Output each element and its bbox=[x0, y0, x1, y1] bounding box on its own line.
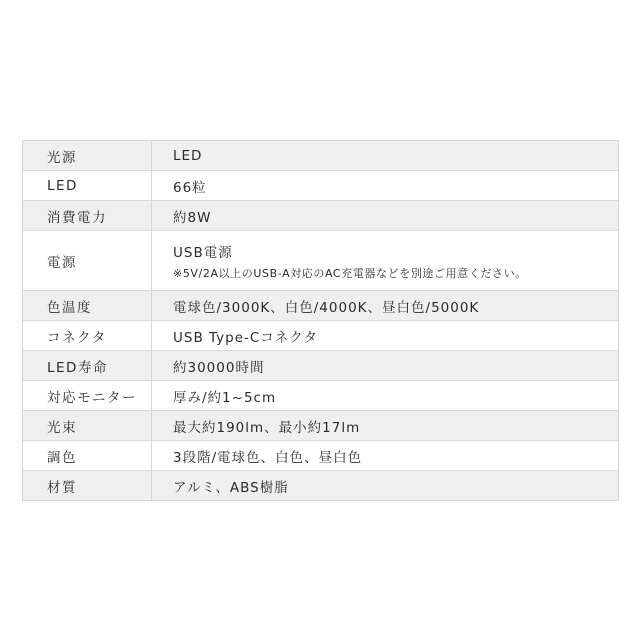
spec-value: 3段階/電球色、白色、昼白色 bbox=[152, 441, 618, 470]
spec-value-text: USB電源 bbox=[173, 241, 618, 261]
spec-label: 色温度 bbox=[23, 291, 152, 320]
spec-label: LED寿命 bbox=[23, 351, 152, 380]
spec-value-text: アルミ、ABS樹脂 bbox=[173, 476, 618, 496]
spec-value: 最大約190lm、最小約17lm bbox=[152, 411, 618, 440]
spec-value-text: 厚み/約1~5cm bbox=[173, 386, 618, 406]
spec-row-power-source: 電源 USB電源 ※5V/2A以上のUSB-A対応のAC充電器などを別途ご用意く… bbox=[23, 231, 618, 291]
spec-row-color-temperature: 色温度 電球色/3000K、白色/4000K、昼白色/5000K bbox=[23, 291, 618, 321]
spec-value: 約30000時間 bbox=[152, 351, 618, 380]
spec-label: 電源 bbox=[23, 231, 152, 290]
spec-label: 消費電力 bbox=[23, 201, 152, 230]
spec-value: 66粒 bbox=[152, 171, 618, 200]
spec-value-text: 66粒 bbox=[173, 176, 618, 196]
spec-row-material: 材質 アルミ、ABS樹脂 bbox=[23, 471, 618, 500]
spec-value: USB Type-Cコネクタ bbox=[152, 321, 618, 350]
spec-value-text: 電球色/3000K、白色/4000K、昼白色/5000K bbox=[173, 296, 618, 316]
spec-value: アルミ、ABS樹脂 bbox=[152, 471, 618, 500]
spec-note: ※5V/2A以上のUSB-A対応のAC充電器などを別途ご用意ください。 bbox=[173, 265, 618, 281]
spec-value: 厚み/約1~5cm bbox=[152, 381, 618, 410]
spec-label: 調色 bbox=[23, 441, 152, 470]
spec-value-text: LED bbox=[173, 148, 618, 164]
spec-row-luminous-flux: 光束 最大約190lm、最小約17lm bbox=[23, 411, 618, 441]
spec-value-text: 約8W bbox=[173, 206, 618, 226]
spec-label: 対応モニター bbox=[23, 381, 152, 410]
spec-value: 約8W bbox=[152, 201, 618, 230]
spec-row-connector: コネクタ USB Type-Cコネクタ bbox=[23, 321, 618, 351]
spec-row-led-lifespan: LED寿命 約30000時間 bbox=[23, 351, 618, 381]
spec-label: コネクタ bbox=[23, 321, 152, 350]
spec-row-led-count: LED 66粒 bbox=[23, 171, 618, 201]
spec-row-light-source: 光源 LED bbox=[23, 141, 618, 171]
spec-value: LED bbox=[152, 141, 618, 170]
spec-value-text: 3段階/電球色、白色、昼白色 bbox=[173, 446, 618, 466]
spec-row-compatible-monitor: 対応モニター 厚み/約1~5cm bbox=[23, 381, 618, 411]
spec-label: LED bbox=[23, 171, 152, 200]
spec-value-text: 最大約190lm、最小約17lm bbox=[173, 416, 618, 436]
spec-value: 電球色/3000K、白色/4000K、昼白色/5000K bbox=[152, 291, 618, 320]
spec-row-color-adjustment: 調色 3段階/電球色、白色、昼白色 bbox=[23, 441, 618, 471]
spec-row-power-consumption: 消費電力 約8W bbox=[23, 201, 618, 231]
spec-value-text: 約30000時間 bbox=[173, 356, 618, 376]
spec-label: 光束 bbox=[23, 411, 152, 440]
spec-value-text: USB Type-Cコネクタ bbox=[173, 326, 618, 346]
spec-table: 光源 LED LED 66粒 消費電力 約8W 電源 USB電源 ※5V/2A以… bbox=[22, 140, 619, 501]
spec-label: 光源 bbox=[23, 141, 152, 170]
spec-value: USB電源 ※5V/2A以上のUSB-A対応のAC充電器などを別途ご用意ください… bbox=[152, 231, 618, 290]
spec-label: 材質 bbox=[23, 471, 152, 500]
